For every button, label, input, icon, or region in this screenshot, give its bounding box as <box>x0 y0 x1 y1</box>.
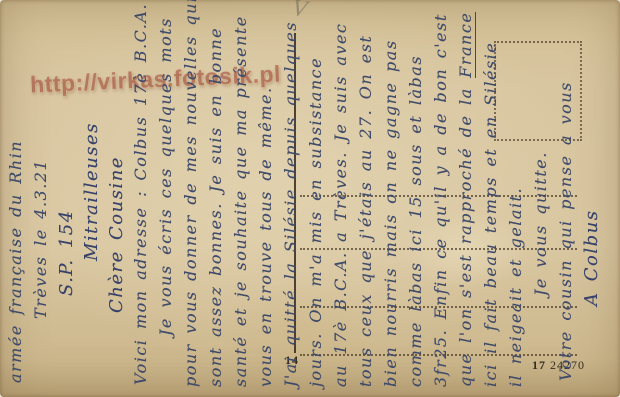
handwriting-block: armée française du RhinTrèves le 4.3.21S… <box>6 9 604 391</box>
handwriting-line: sont assez bonnes. Je suis en bonne <box>206 9 231 391</box>
handwriting-line: que l'on s'est rapproché de la France <box>456 9 481 391</box>
handwriting-line: pour vous donner de mes nouvelles qui <box>181 9 206 391</box>
handwriting-line: Trèves le 4.3.21 <box>31 9 56 391</box>
handwriting-line: Je vous quitte. <box>531 9 556 391</box>
handwriting-line: tous ceux que j'étais au 27. On est <box>356 9 381 391</box>
handwriting-line: bien nourris mais on ne gagne pas <box>381 9 406 391</box>
handwriting-line: Voici mon adresse : Colbus 17è B.C.A. <box>131 9 156 391</box>
handwriting-line: S.P. 154 <box>56 9 81 391</box>
handwriting-line: J'ai quitté la Silésie depuis quelques <box>281 9 306 391</box>
handwriting-line: Je vous écris ces quelques mots <box>156 9 181 391</box>
handwriting-line: 3fr25. Enfin ce qu'il y a de bon c'est <box>431 9 456 391</box>
postcard: 14 1724270 V http://virkas.fotosik.pl ar… <box>0 0 620 397</box>
handwriting-line: vous en trouve tous de même. <box>256 9 281 391</box>
handwriting-line: santé et je souhaite que ma présente <box>231 9 256 391</box>
scan-area: 14 1724270 V http://virkas.fotosik.pl ar… <box>0 0 620 397</box>
handwriting-line: au 17è B.C.A. a Trèves. Je suis avec <box>331 9 356 391</box>
handwriting-line: Chère Cousine <box>106 9 131 391</box>
handwriting-line: Mitrailleuses <box>81 9 106 391</box>
handwriting-line: jours. On m'a mis en subsistance <box>306 9 331 391</box>
handwriting-line: armée française du Rhin <box>6 9 31 391</box>
handwriting-line: A Colbus <box>581 9 606 391</box>
handwriting-line: comme làbas ici 15 sous et làbas <box>406 9 431 391</box>
handwriting-line: ici il fait beau temps et en Silésie <box>481 9 506 391</box>
handwriting-line: il neigeait et gelait. <box>506 9 531 391</box>
handwriting-line: Votre cousin qui pense a vous <box>556 9 581 391</box>
